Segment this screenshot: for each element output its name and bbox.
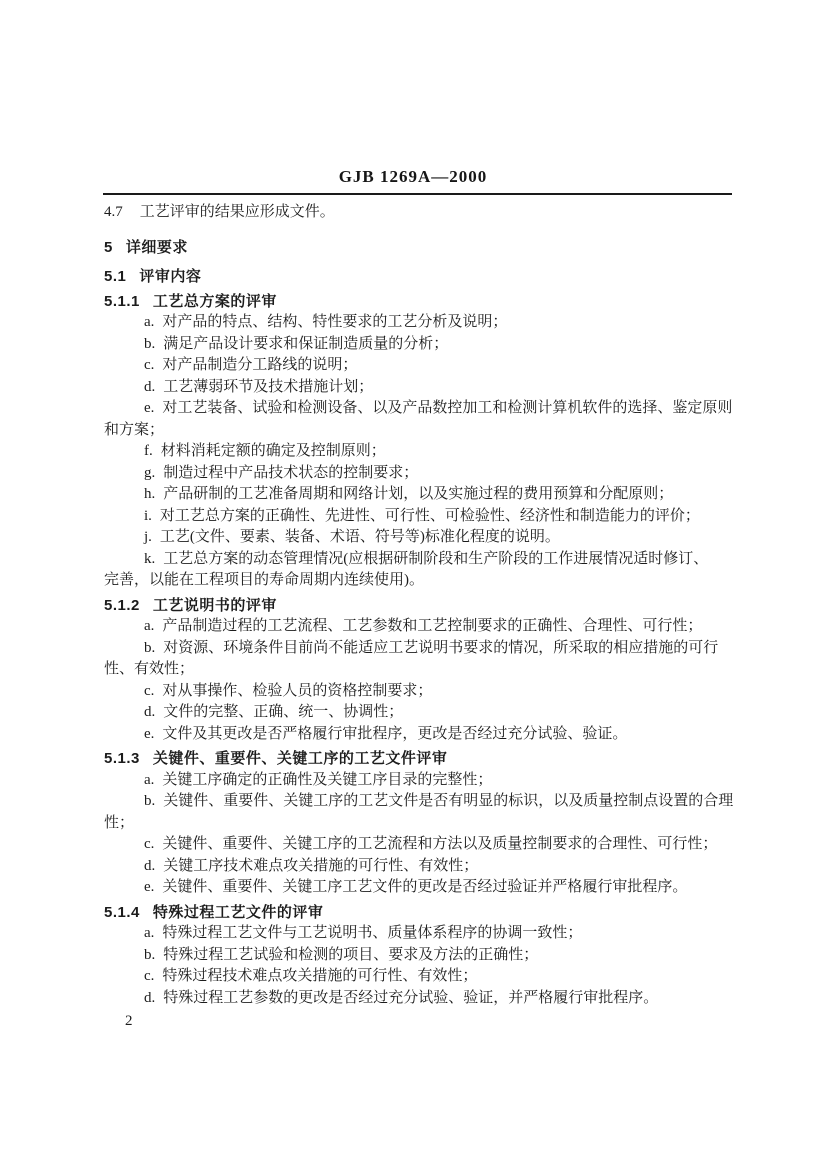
clause-heading-5-1-4: 5.1.4特殊过程工艺文件的评审: [104, 902, 732, 924]
subsection-heading-5-1: 5.1评审内容: [104, 266, 732, 288]
continuation-line: 完善，以能在工程项目的寿命周期内连续使用)。: [104, 570, 732, 592]
item-text: 对从事操作、检验人员的资格控制要求；: [162, 683, 432, 699]
list-item-b: b.对资源、环境条件目前尚不能适应工艺说明书要求的情况，所采取的相应措施的可行: [104, 638, 732, 660]
item-letter: a.: [144, 314, 154, 330]
section-number: 5: [104, 239, 113, 256]
list-item-g: g.制造过程中产品技术状态的控制要求；: [104, 463, 732, 485]
item-letter: k.: [144, 551, 155, 567]
item-letter: b.: [144, 947, 155, 963]
clause-heading-5-1-2: 5.1.2工艺说明书的评审: [104, 595, 732, 617]
item-text: 性、有效性；: [104, 661, 194, 677]
item-letter: i.: [144, 508, 152, 524]
item-letter: j.: [144, 529, 152, 545]
list-item-f: f.材料消耗定额的确定及控制原则；: [104, 441, 732, 463]
section-heading-5: 5详细要求: [104, 237, 732, 259]
item-text: 对产品的特点、结构、特性要求的工艺分析及说明；: [162, 314, 507, 330]
list-item-a: a.特殊过程工艺文件与工艺说明书、质量体系程序的协调一致性；: [104, 923, 732, 945]
item-text: 产品研制的工艺准备周期和网络计划，以及实施过程的费用预算和分配原则；: [163, 486, 673, 502]
item-text: 工艺薄弱环节及技术措施计划；: [163, 379, 373, 395]
item-letter: a.: [144, 618, 154, 634]
list-item-j: j.工艺(文件、要素、装备、术语、符号等)标准化程度的说明。: [104, 527, 732, 549]
item-text: 性；: [104, 815, 134, 831]
item-letter: e.: [144, 726, 154, 742]
section-number: 5.1.1: [104, 293, 140, 310]
item-text: 特殊过程工艺试验和检测的项目、要求及方法的正确性；: [163, 947, 538, 963]
item-letter: d.: [144, 704, 155, 720]
item-text: 材料消耗定额的确定及控制原则；: [161, 443, 386, 459]
item-letter: c.: [144, 357, 154, 373]
continuation-line: 性；: [104, 813, 732, 835]
list-item-d: d.特殊过程工艺参数的更改是否经过充分试验、验证，并严格履行审批程序。: [104, 988, 732, 1010]
list-item-a: a.产品制造过程的工艺流程、工艺参数和工艺控制要求的正确性、合理性、可行性；: [104, 616, 732, 638]
document-body: 4.7工艺评审的结果应形成文件。 5详细要求 5.1评审内容 5.1.1工艺总方…: [104, 202, 732, 1033]
item-letter: c.: [144, 836, 154, 852]
section-number: 5.1.4: [104, 904, 140, 921]
item-letter: a.: [144, 925, 154, 941]
list-item-a: a.关键工序确定的正确性及关键工序目录的完整性；: [104, 770, 732, 792]
section-title: 工艺说明书的评审: [153, 597, 277, 614]
item-letter: g.: [144, 465, 155, 481]
item-letter: a.: [144, 772, 154, 788]
item-text: 满足产品设计要求和保证制造质量的分析；: [163, 336, 448, 352]
section-number: 5.1.3: [104, 750, 140, 767]
list-item-b: b.关键件、重要件、关键工序的工艺文件是否有明显的标识，以及质量控制点设置的合理: [104, 791, 732, 813]
list-item-b: b.满足产品设计要求和保证制造质量的分析；: [104, 334, 732, 356]
item-letter: b.: [144, 336, 155, 352]
item-letter: e.: [144, 879, 154, 895]
list-item-c: c.对从事操作、检验人员的资格控制要求；: [104, 681, 732, 703]
list-item-k: k.工艺总方案的动态管理情况(应根据研制阶段和生产阶段的工作进展情况适时修订、: [104, 549, 732, 571]
list-item-i: i.对工艺总方案的正确性、先进性、可行性、可检验性、经济性和制造能力的评价；: [104, 506, 732, 528]
list-item-h: h.产品研制的工艺准备周期和网络计划，以及实施过程的费用预算和分配原则；: [104, 484, 732, 506]
item-text: 对工艺装备、试验和检测设备、以及产品数控加工和检测计算机软件的选择、鉴定原则: [162, 400, 732, 416]
item-letter: d.: [144, 990, 155, 1006]
item-text: 对产品制造分工路线的说明；: [162, 357, 357, 373]
header-rule: [103, 193, 732, 195]
section-title: 评审内容: [139, 268, 201, 285]
item-text: 对工艺总方案的正确性、先进性、可行性、可检验性、经济性和制造能力的评价；: [160, 508, 700, 524]
item-letter: f.: [144, 443, 153, 459]
list-item-d: d.工艺薄弱环节及技术措施计划；: [104, 377, 732, 399]
document-header-title: GJB 1269A—2000: [0, 167, 826, 187]
list-item-e: e.文件及其更改是否严格履行审批程序，更改是否经过充分试验、验证。: [104, 724, 732, 746]
item-text: 关键件、重要件、关键工序的工艺文件是否有明显的标识，以及质量控制点设置的合理: [163, 793, 733, 809]
list-item-c: c.对产品制造分工路线的说明；: [104, 355, 732, 377]
clause-heading-5-1-3: 5.1.3关键件、重要件、关键工序的工艺文件评审: [104, 748, 732, 770]
list-item-b: b.特殊过程工艺试验和检测的项目、要求及方法的正确性；: [104, 945, 732, 967]
section-title: 工艺总方案的评审: [153, 293, 277, 310]
item-letter: c.: [144, 683, 154, 699]
section-title: 详细要求: [126, 239, 188, 256]
item-text: 特殊过程工艺文件与工艺说明书、质量体系程序的协调一致性；: [162, 925, 582, 941]
item-text: 关键件、重要件、关键工序工艺文件的更改是否经过验证并严格履行审批程序。: [162, 879, 687, 895]
item-text: 特殊过程工艺参数的更改是否经过充分试验、验证，并严格履行审批程序。: [163, 990, 658, 1006]
item-text: 工艺总方案的动态管理情况(应根据研制阶段和生产阶段的工作进展情况适时修订、: [163, 551, 708, 567]
list-item-e: e.对工艺装备、试验和检测设备、以及产品数控加工和检测计算机软件的选择、鉴定原则: [104, 398, 732, 420]
item-letter: h.: [144, 486, 155, 502]
item-text: 和方案；: [104, 422, 164, 438]
item-text: 工艺(文件、要素、装备、术语、符号等)标准化程度的说明。: [160, 529, 560, 545]
list-item-d: d.文件的完整、正确、统一、协调性；: [104, 702, 732, 724]
section-number: 5.1: [104, 268, 126, 285]
item-text: 制造过程中产品技术状态的控制要求；: [163, 465, 418, 481]
list-item-a: a.对产品的特点、结构、特性要求的工艺分析及说明；: [104, 312, 732, 334]
item-letter: b.: [144, 793, 155, 809]
item-letter: e.: [144, 400, 154, 416]
item-text: 关键工序技术难点攻关措施的可行性、有效性；: [163, 858, 478, 874]
list-item-c: c.特殊过程技术难点攻关措施的可行性、有效性；: [104, 966, 732, 988]
list-item-e: e.关键件、重要件、关键工序工艺文件的更改是否经过验证并严格履行审批程序。: [104, 877, 732, 899]
item-text: 文件及其更改是否严格履行审批程序，更改是否经过充分试验、验证。: [162, 726, 627, 742]
clause-4-7: 4.7工艺评审的结果应形成文件。: [104, 202, 732, 224]
list-item-c: c.关键件、重要件、关键工序的工艺流程和方法以及质量控制要求的合理性、可行性；: [104, 834, 732, 856]
section-title: 关键件、重要件、关键工序的工艺文件评审: [153, 750, 448, 767]
item-text: 完善，以能在工程项目的寿命周期内连续使用)。: [104, 572, 424, 588]
item-text: 关键件、重要件、关键工序的工艺流程和方法以及质量控制要求的合理性、可行性；: [162, 836, 717, 852]
section-title: 特殊过程工艺文件的评审: [153, 904, 324, 921]
section-number: 5.1.2: [104, 597, 140, 614]
clause-heading-5-1-1: 5.1.1工艺总方案的评审: [104, 291, 732, 313]
continuation-line: 性、有效性；: [104, 659, 732, 681]
item-text: 特殊过程技术难点攻关措施的可行性、有效性；: [162, 968, 477, 984]
item-letter: d.: [144, 858, 155, 874]
clause-text: 工艺评审的结果应形成文件。: [140, 204, 335, 220]
item-text: 文件的完整、正确、统一、协调性；: [163, 704, 403, 720]
item-text: 对资源、环境条件目前尚不能适应工艺说明书要求的情况，所采取的相应措施的可行: [163, 640, 718, 656]
clause-number: 4.7: [104, 204, 123, 220]
item-letter: b.: [144, 640, 155, 656]
item-letter: c.: [144, 968, 154, 984]
page-number: 2: [104, 1011, 732, 1033]
continuation-line: 和方案；: [104, 420, 732, 442]
list-item-d: d.关键工序技术难点攻关措施的可行性、有效性；: [104, 856, 732, 878]
item-text: 产品制造过程的工艺流程、工艺参数和工艺控制要求的正确性、合理性、可行性；: [162, 618, 702, 634]
item-letter: d.: [144, 379, 155, 395]
item-text: 关键工序确定的正确性及关键工序目录的完整性；: [162, 772, 492, 788]
